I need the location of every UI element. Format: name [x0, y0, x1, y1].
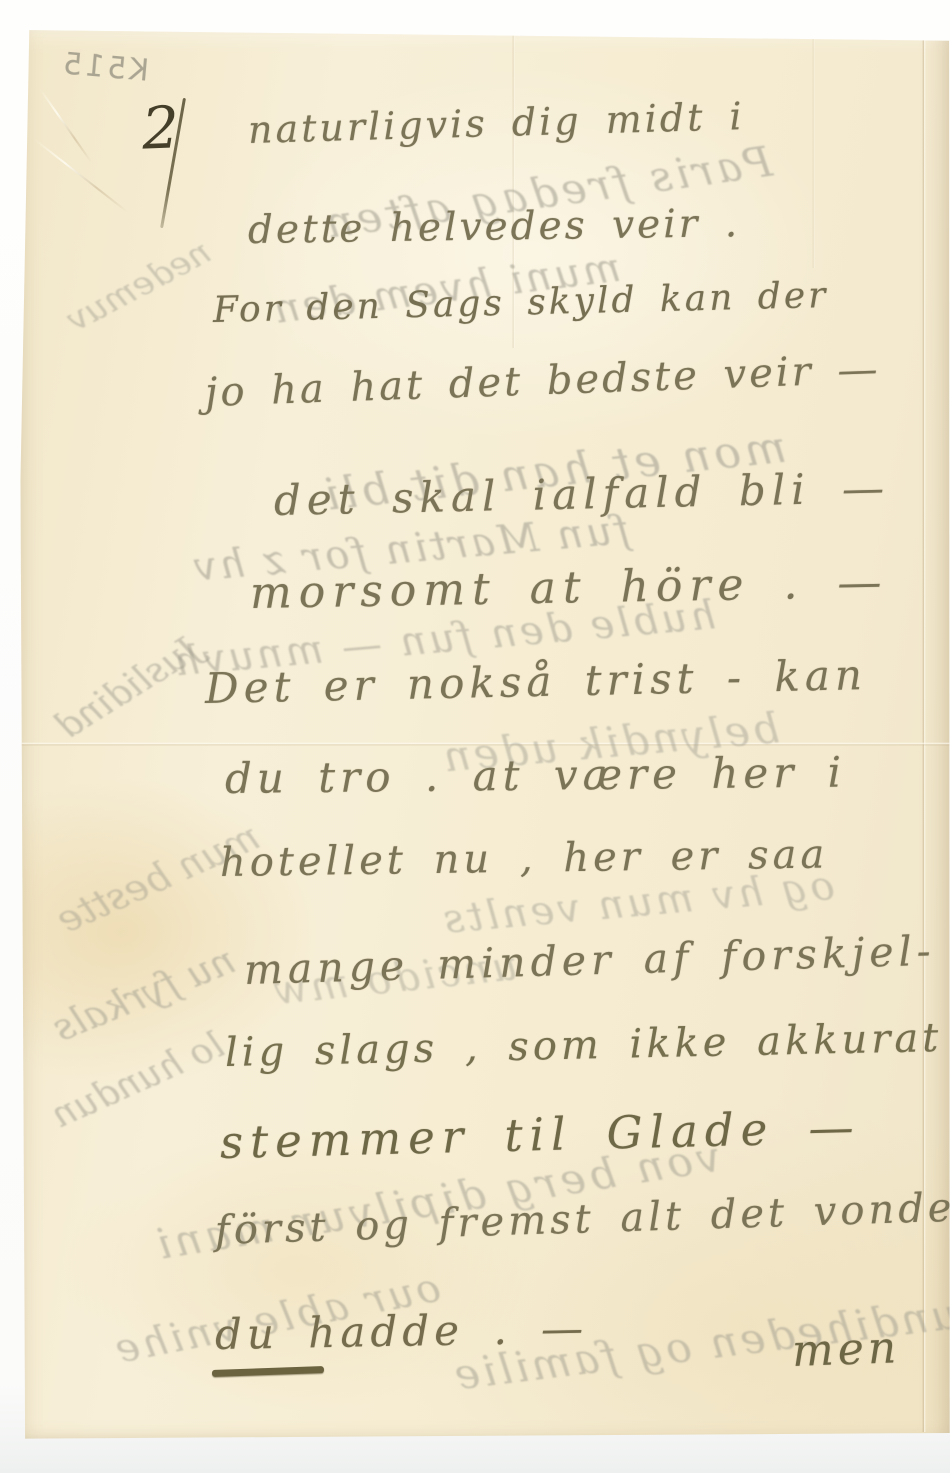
handwriting-line-2: dette helvedes veir .: [248, 201, 741, 253]
corner-wrinkle-2: [39, 88, 92, 163]
handwriting-line-3: For den Sags skyld kan der: [212, 275, 828, 331]
handwriting-line-10: mange minder af forskjel-: [243, 927, 936, 994]
scan-background: Paris fredag aften muni hvem den nedemuv…: [0, 0, 950, 1473]
handwriting-line-1: naturligvis dig midt i: [247, 94, 745, 152]
handwriting-line-11: lig slags , som ikke akkurat: [225, 1015, 943, 1076]
handwriting-line-14-end: men: [791, 1322, 901, 1377]
bleedthrough-scribble: nedemuv: [60, 231, 218, 340]
handwriting-line-9: hotellet nu , her er saa: [220, 832, 829, 886]
handwriting-line-8: du tro . at være her i: [225, 747, 847, 803]
handwriting-line-12: stemmer til Glade —: [219, 1100, 861, 1169]
handwriting-line-7: Det er nokså trist - kan: [204, 650, 867, 713]
top-crease-2: [812, 28, 815, 268]
handwriting-line-5: det skal ialfald bli —: [273, 463, 890, 525]
horizontal-fold-crease: [20, 742, 950, 746]
handwriting-line-4: jo ha hat det bedste veir —: [204, 346, 881, 416]
handwriting-line-14: du hadde . —: [215, 1303, 589, 1359]
bleedthrough-scribble: nu fyrkals: [47, 938, 242, 1051]
ink-underline: [212, 1366, 324, 1377]
corner-wrinkle: [33, 138, 129, 213]
bleedthrough-scribble: Juslidind: [49, 629, 206, 749]
handwriting-line-13: först og fremst alt det vonde: [214, 1185, 950, 1254]
handwriting-line-6: morsomt at höre . —: [250, 557, 889, 619]
archival-mark: K515: [59, 46, 151, 89]
bleedthrough-scribble: lo hundun: [46, 1024, 230, 1136]
letter-page: Paris fredag aften muni hvem den nedemuv…: [20, 28, 950, 1440]
